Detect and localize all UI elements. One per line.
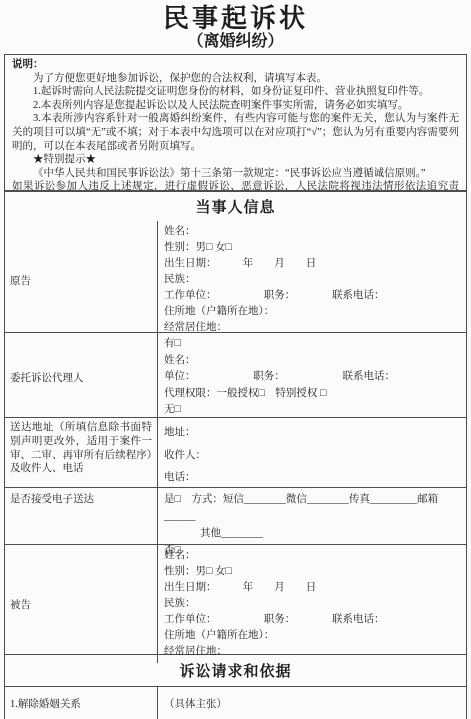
claim-1-value: （具体主张）	[158, 687, 466, 719]
row-defendant: 被告 姓名： 性别：男□ 女□ 出生日期： 年 月 日 民族： 工作单位： 职务…	[5, 544, 466, 654]
defendant-residence-field: 经常居住地：	[164, 644, 460, 660]
electronic-service-yes-field: 是□ 方式：短信________微信________传真_________邮箱_…	[164, 491, 460, 525]
notes-box: 说明： 为了方便您更好地参加诉讼，保护您的合法权利，请填写本表。 1.起诉时需向…	[4, 54, 467, 191]
claim-1-label: 1.解除婚姻关系	[5, 687, 158, 719]
defendant-domicile-field: 住所地（户籍所在地）：	[164, 628, 460, 644]
notes-label: 说明：	[12, 58, 459, 72]
plaintiff-birthdate-field: 出生日期： 年 月 日	[164, 256, 460, 272]
plaintiff-fields: 姓名： 性别：男□ 女□ 出生日期： 年 月 日 民族： 工作单位： 职务： 联…	[158, 221, 466, 339]
service-address-label: 送达地址（所填信息除书面特别声明更改外，适用于案件一审、二审、再审所有后续程序）…	[5, 418, 158, 492]
defendant-gender-field: 性别：男□ 女□	[164, 564, 460, 580]
agent-name-field: 姓名：	[164, 353, 460, 370]
notes-item-1: 1.起诉时需向人民法院提交证明您身份的材料，如身份证复印件、营业执照复印件等。	[12, 85, 459, 99]
section-header-party-info: 当事人信息	[5, 191, 466, 221]
page-subtitle: （离婚纠纷）	[0, 33, 471, 51]
defendant-fields: 姓名： 性别：男□ 女□ 出生日期： 年 月 日 民族： 工作单位： 职务： 联…	[158, 545, 466, 663]
agent-authority-field: 代理权限：一般授权□ 特别授权 □	[164, 386, 460, 403]
defendant-label: 被告	[5, 545, 158, 663]
form-table: 当事人信息 原告 姓名： 性别：男□ 女□ 出生日期： 年 月 日 民族： 工作…	[4, 191, 467, 719]
defendant-employer-field: 工作单位： 职务： 联系电话：	[164, 612, 460, 628]
row-agent: 委托诉讼代理人 有□ 姓名： 单位： 职务： 联系电话： 代理权限：一般授权□ …	[5, 332, 466, 417]
row-plaintiff: 原告 姓名： 性别：男□ 女□ 出生日期： 年 月 日 民族： 工作单位： 职务…	[5, 221, 466, 332]
agent-has-checkbox: 有□	[164, 336, 460, 353]
notes-special-tip-warning: 如果诉讼参加人违反上述规定，进行虚假诉讼、恶意诉讼，人民法院将视违法情形依法追究…	[12, 180, 459, 191]
notes-special-tip-title: ★特别提示★	[12, 153, 459, 167]
plaintiff-ethnicity-field: 民族：	[164, 272, 460, 288]
agent-fields: 有□ 姓名： 单位： 职务： 联系电话： 代理权限：一般授权□ 特别授权 □ 无…	[158, 333, 466, 422]
row-service-address: 送达地址（所填信息除书面特别声明更改外，适用于案件一审、二审、再审所有后续程序）…	[5, 417, 466, 487]
service-address-fields: 地址： 收件人： 电话：	[158, 418, 466, 492]
agent-label: 委托诉讼代理人	[5, 333, 158, 422]
notes-item-2: 2.本表所列内容是您提起诉讼以及人民法院查明案件事实所需，请务必如实填写。	[12, 99, 459, 113]
defendant-birthdate-field: 出生日期： 年 月 日	[164, 580, 460, 596]
agent-employer-field: 单位： 职务： 联系电话：	[164, 369, 460, 386]
electronic-service-other-field: 其他________	[200, 525, 460, 542]
service-address-field: 地址：	[164, 421, 460, 444]
notes-intro: 为了方便您更好地参加诉讼，保护您的合法权利，请填写本表。	[12, 72, 459, 86]
agent-none-checkbox: 无□	[164, 402, 460, 419]
notes-item-3: 3.本表所涉内容系针对一般离婚纠纷案件，有些内容可能与您的案件无关，您认为与案件…	[12, 112, 459, 153]
plaintiff-domicile-field: 住所地（户籍所在地）：	[164, 304, 460, 320]
row-claim-1: 1.解除婚姻关系 （具体主张）	[5, 686, 466, 719]
defendant-ethnicity-field: 民族：	[164, 596, 460, 612]
notes-special-tip-law: 《中华人民共和国民事诉讼法》第十三条第一款规定：“民事诉讼应当遵循诚信原则。”	[12, 167, 459, 181]
row-electronic-service: 是否接受电子送达 是□ 方式：短信________微信________传真___…	[5, 487, 466, 544]
plaintiff-label: 原告	[5, 221, 158, 339]
defendant-name-field: 姓名：	[164, 548, 460, 564]
plaintiff-employer-field: 工作单位： 职务： 联系电话：	[164, 288, 460, 304]
service-recipient-field: 收件人：	[164, 444, 460, 467]
plaintiff-name-field: 姓名：	[164, 224, 460, 240]
document-page: 民事起诉状 （离婚纠纷） 说明： 为了方便您更好地参加诉讼，保护您的合法权利，请…	[0, 0, 471, 719]
page-title: 民事起诉状	[0, 5, 471, 33]
service-phone-field: 电话：	[164, 466, 460, 489]
plaintiff-gender-field: 性别：男□ 女□	[164, 240, 460, 256]
